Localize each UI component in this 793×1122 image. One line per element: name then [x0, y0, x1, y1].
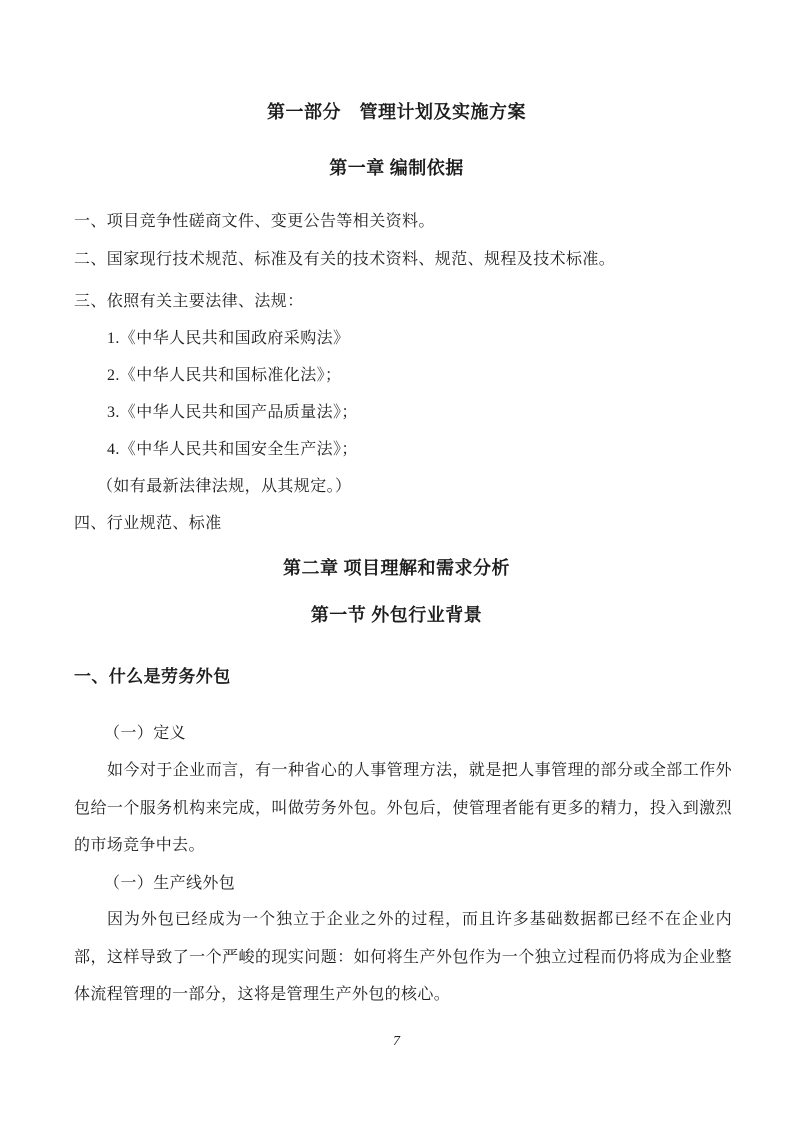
labor-outsourcing-heading: 一、什么是劳务外包 — [74, 665, 231, 688]
part-title: 第一部分 管理计划及实施方案 — [0, 100, 793, 124]
chapter2-heading: 第二章 项目理解和需求分析 — [0, 556, 793, 580]
law-item-4: 4.《中华人民共和国安全生产法》； — [107, 439, 358, 461]
basis-item-1: 一、项目竞争性磋商文件、变更公告等相关资料。 — [74, 211, 435, 233]
laws-note: （如有最新法律法规，从其规定。） — [97, 476, 351, 498]
page-number: 7 — [0, 1033, 793, 1051]
production-outsourcing-subheading: （一）生产线外包 — [104, 873, 235, 895]
chapter1-heading: 第一章 编制依据 — [0, 156, 793, 180]
basis-item-4: 四、行业规范、标准 — [74, 513, 222, 535]
law-item-1: 1.《中华人民共和国政府采购法》 — [107, 328, 349, 350]
basis-item-2: 二、国家现行技术规范、标准及有关的技术资料、规范、规程及技术标准。 — [74, 249, 615, 271]
basis-item-3: 三、依照有关主要法律、法规： — [74, 291, 304, 313]
definition-subheading: （一）定义 — [104, 723, 186, 745]
law-item-3: 3.《中华人民共和国产品质量法》； — [107, 402, 358, 424]
definition-paragraph: 如今对于企业而言，有一种省心的人事管理方法，就是把人事管理的部分或全部工作外包给… — [74, 752, 732, 865]
section1-heading: 第一节 外包行业背景 — [0, 603, 793, 627]
law-item-2: 2.《中华人民共和国标准化法》； — [107, 365, 341, 387]
production-outsourcing-paragraph: 因为外包已经成为一个独立于企业之外的过程，而且许多基础数据都已经不在企业内部，这… — [74, 901, 732, 1014]
document-page: 第一部分 管理计划及实施方案 第一章 编制依据 一、项目竞争性磋商文件、变更公告… — [0, 0, 793, 1122]
